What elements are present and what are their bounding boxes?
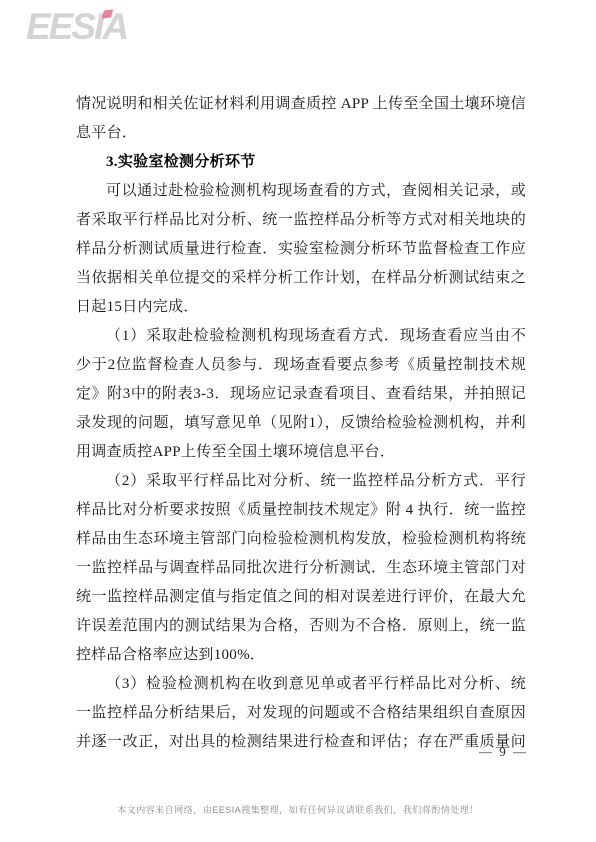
text-line: 少于2位监督检查人员参与．现场查看要点参考《质量控制技术规 (76, 351, 526, 380)
text-line: 许误差范围内的测试结果为合格，否则为不合格．原则上，统一监 (76, 612, 526, 641)
text-line: 样品比对分析要求按照《质量控制技术规定》附 4 执行．统一监控 (76, 496, 526, 525)
section-heading: 3.实验室检测分析环节 (76, 148, 526, 177)
paragraph: 可以通过赴检验检测机构现场查看的方式，查阅相关记录，或者采取平行样品比对分析、统… (76, 177, 526, 322)
paragraph: （1）采取赴检验检测机构现场查看方式．现场查看应当由不少于2位监督检查人员参与．… (76, 322, 526, 467)
text-line: 样品分析测试质量进行检查．实验室检测分析环节监督检查工作应 (76, 235, 526, 264)
paragraph: 情况说明和相关佐证材料利用调查质控 APP 上传至全国土壤环境信息平台． (76, 90, 526, 148)
eesia-logo: EESIA (26, 8, 127, 46)
text-line: 定》附3中的附表3-3．现场应记录查看项目、查看结果，并拍照记 (76, 380, 526, 409)
text-line: 3.实验室检测分析环节 (76, 148, 526, 177)
text-line: （3）检验检测机构在收到意见单或者平行样品比对分析、统 (76, 670, 526, 699)
text-line: 当依据相关单位提交的采样分析工作计划，在样品分析测试结束之 (76, 264, 526, 293)
text-line: 控样品合格率应达到100%． (76, 641, 526, 670)
paragraph: （2）采取平行样品比对分析、统一监控样品分析方式．平行样品比对分析要求按照《质量… (76, 467, 526, 670)
text-line: 录发现的问题，填写意见单（见附1），反馈给检验检测机构，并利 (76, 409, 526, 438)
page-number: — 9 — (76, 744, 528, 760)
text-line: 用调查质控APP上传至全国土壤环境信息平台． (76, 438, 526, 467)
text-line: 息平台． (76, 119, 526, 148)
text-line: （2）采取平行样品比对分析、统一监控样品分析方式．平行 (76, 467, 526, 496)
text-line: 样品由生态环境主管部门向检验检测机构发放，检验检测机构将统 (76, 525, 526, 554)
text-line: （1）采取赴检验检测机构现场查看方式．现场查看应当由不 (76, 322, 526, 351)
text-line: 一监控样品与调查样品同批次进行分析测试．生态环境主管部门对 (76, 554, 526, 583)
text-line: 可以通过赴检验检测机构现场查看的方式，查阅相关记录，或 (76, 177, 526, 206)
text-line: 统一监控样品测定值与指定值之间的相对误差进行评价，在最大允 (76, 583, 526, 612)
footer-disclaimer: 本文内容来自网络，由EESIA搜集整理，如有任何异议请联系我们，我们将酌情处理！ (0, 803, 596, 816)
text-line: 者采取平行样品比对分析、统一监控样品分析等方式对相关地块的 (76, 206, 526, 235)
document-page: EESIA 情况说明和相关佐证材料利用调查质控 APP 上传至全国土壤环境信息平… (0, 0, 596, 842)
text-line: 一监控样品分析结果后，对发现的问题或不合格结果组织自查原因 (76, 699, 526, 728)
document-body: 情况说明和相关佐证材料利用调查质控 APP 上传至全国土壤环境信息平台．3.实验… (76, 90, 526, 757)
text-line: 日起15日内完成． (76, 293, 526, 322)
text-line: 情况说明和相关佐证材料利用调查质控 APP 上传至全国土壤环境信 (76, 90, 526, 119)
